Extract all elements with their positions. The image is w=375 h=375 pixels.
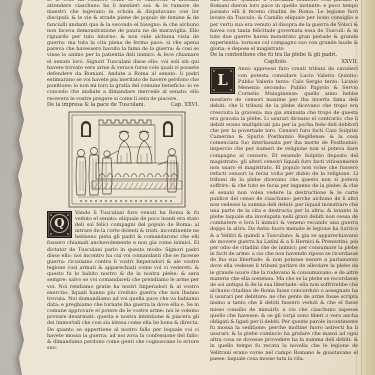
chapter-heading-xxvi-title: De la impresa & la pace de Tusculani.: [47, 102, 145, 109]
chapter-heading-xxvii: De la contentione che fu tra lla plebe &…: [210, 52, 358, 59]
arched-windows: [81, 121, 173, 137]
left-paragraph-bottom: QVando li Tusculani furo venuti ha Roma …: [47, 210, 199, 352]
chapter-heading-xxvii-title: De la contentione che fu tra lla plebe &…: [210, 52, 337, 59]
book-leaf: te le cose ad vendere come se le canocch…: [14, 0, 375, 375]
standing-attendant: [158, 148, 177, 191]
chapter-heading-xxvi: De la impresa & la pace de Tusculani. Ca…: [47, 102, 199, 109]
tusculani-before-senate-woodcut: [68, 111, 186, 208]
book-leaf-wrap: te le cose ad vendere come se le canocch…: [14, 0, 375, 375]
chapter-heading-xxvii-number: XXVII.: [341, 59, 358, 66]
standing-petitioners: [76, 147, 112, 195]
right-paragraph-bottom: LAnno appresso furo creati tribuni de ca…: [210, 66, 358, 362]
chapter-xxvii-capitolo-line: Capitolo. XXVII.: [210, 59, 358, 66]
capitolo-label: Capitolo.: [264, 59, 287, 66]
woodcut-illustration: [68, 111, 186, 208]
chapter-heading-xxvi-number: Cap. XXVI.: [171, 102, 199, 109]
left-text-column: te le cose ad vendere come se le canocch…: [47, 0, 199, 375]
leaf-right-edge: [361, 0, 375, 375]
photograph-of-incunable-leaf: te le cose ad vendere come se le canocch…: [0, 0, 375, 375]
seated-senators: [106, 131, 152, 163]
right-text-column: tale modo. Quando li Tusculani hebbeno c…: [210, 0, 358, 375]
decorative-initial-l: L: [210, 67, 235, 94]
right-paragraph-bottom-text: Anno appresso furo creati tribuni de cav…: [210, 66, 358, 361]
initial-q-letter: Q: [50, 214, 69, 233]
right-paragraph-top: tale modo. Quando li Tusculani hebbeno c…: [210, 0, 358, 52]
decorative-initial-q: Q: [47, 211, 72, 238]
left-paragraph-top: te le cose ad vendere come se le canocch…: [47, 0, 199, 102]
